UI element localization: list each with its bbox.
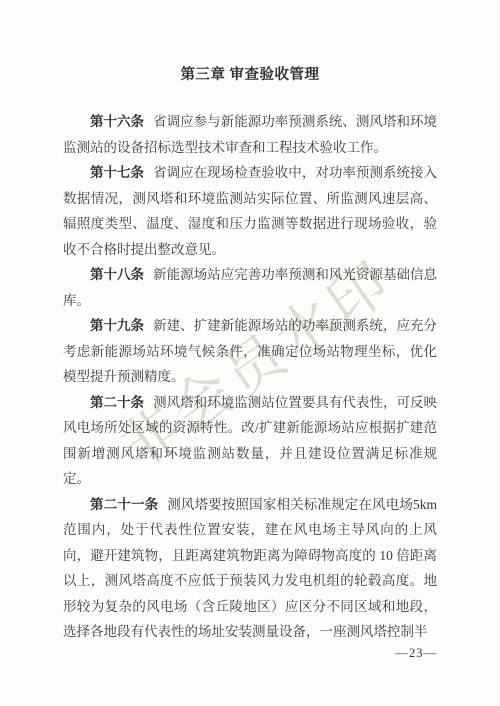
article-21-label: 第二十一条 [90,497,158,512]
document-page: 非会员水印 第三章 审查验收管理 第十六条省调应参与新能源功率预测系统、测风塔和… [0,0,500,706]
article-19-paragraph: 第十九条新建、扩建新能源场站的功率预测系统，应充分考虑新能源场站环境气候条件，准… [63,313,437,390]
article-16-paragraph: 第十六条省调应参与新能源功率预测系统、测风塔和环境监测站的设备招标选型技术审查和… [63,109,437,160]
chapter-title: 第三章 审查验收管理 [63,64,437,86]
article-17-label: 第十七条 [90,165,144,180]
article-16-label: 第十六条 [90,114,144,129]
article-18-paragraph: 第十八条新能源场站应完善功率预测和风光资源基础信息库。 [63,262,437,313]
article-17-paragraph: 第十七条省调应在现场检查验收中，对功率预测系统接入数据情况，测风塔和环境监测站实… [63,160,437,262]
article-20-paragraph: 第二十条测风塔和环境监测站位置要具有代表性，可反映风电场所处区域的资源特性。改/… [63,390,437,492]
article-20-label: 第二十条 [90,395,144,410]
article-21-text: 测风塔要按照国家相关标准规定在风电场5km 范围内，处于代表性位置安装，建在风电… [63,497,437,640]
article-19-label: 第十九条 [90,318,144,333]
article-21-paragraph: 第二十一条测风塔要按照国家相关标准规定在风电场5km 范围内，处于代表性位置安装… [63,492,437,645]
article-18-label: 第十八条 [90,267,144,282]
page-number: —23— [396,646,438,661]
page-content: 第三章 审查验收管理 第十六条省调应参与新能源功率预测系统、测风塔和环境监测站的… [63,64,437,645]
